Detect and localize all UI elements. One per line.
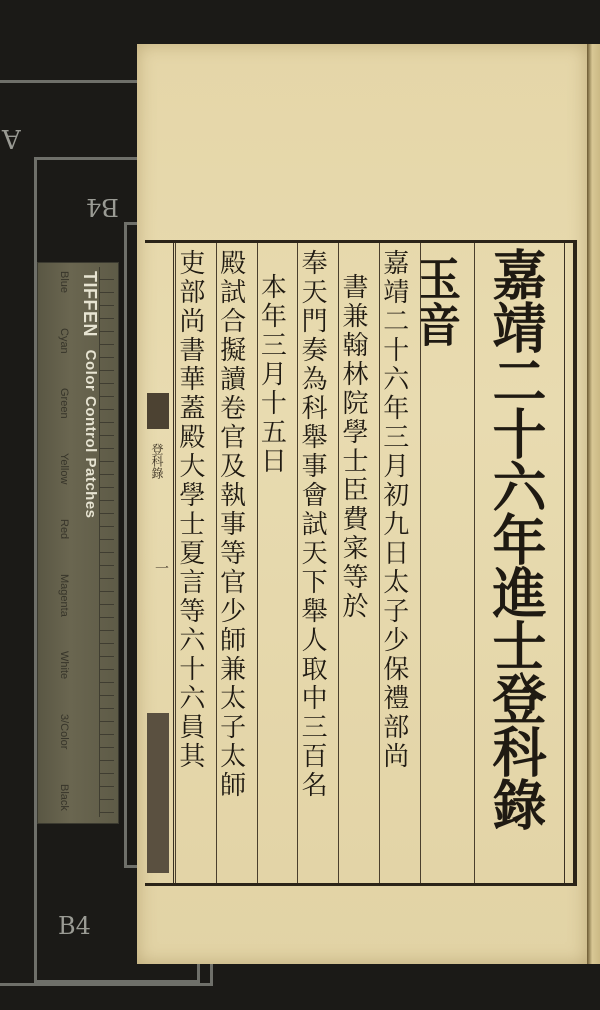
text-column: 本年三月十五日 xyxy=(257,243,298,883)
patch-label: Magenta xyxy=(50,574,70,617)
frame-right-border xyxy=(564,243,577,883)
patch-label: Green xyxy=(50,388,70,419)
fishtail-mark-bottom-icon xyxy=(147,713,169,873)
printed-frame: 登科錄 一 嘉靖二十六年進士登科錄 玉音 嘉靖二十六年三月初九日太子少保禮部尚 … xyxy=(145,240,577,886)
ruler-scale xyxy=(99,267,114,817)
text-column: 書兼翰林院學士臣費寀等於 xyxy=(338,243,379,883)
text-column: 奉天門奏為科舉事會試天下舉人取中三百名 xyxy=(297,243,338,883)
fishtail-mark-icon xyxy=(147,393,169,429)
patch-label: Blue xyxy=(50,271,70,293)
patch-label: White xyxy=(50,651,70,679)
color-control-strip: Blue Cyan Green Yellow Red Magenta White… xyxy=(38,263,118,823)
patch-label: Cyan xyxy=(50,328,70,354)
patch-label: Red xyxy=(50,519,70,539)
patch-label: Black xyxy=(50,784,70,811)
leaf-number: 一 xyxy=(151,561,171,575)
board-label-b4-bottom: B4 xyxy=(58,912,91,940)
strip-caption: Color Control Patches xyxy=(82,350,99,519)
patch-labels: Blue Cyan Green Yellow Red Magenta White… xyxy=(50,271,70,811)
fold-title: 登科錄 xyxy=(149,443,166,479)
text-columns: 嘉靖二十六年進士登科錄 玉音 嘉靖二十六年三月初九日太子少保禮部尚 書兼翰林院學… xyxy=(175,243,565,883)
next-page-edge xyxy=(587,44,600,964)
strip-title: TIFFEN Color Control Patches xyxy=(80,271,100,811)
text-column: 吏部尚書華蓋殿大學士夏言等六十六員其 xyxy=(175,243,216,883)
book-page: 登科錄 一 嘉靖二十六年進士登科錄 玉音 嘉靖二十六年三月初九日太子少保禮部尚 … xyxy=(137,44,587,964)
text-column: 嘉靖二十六年三月初九日太子少保禮部尚 xyxy=(379,243,420,883)
fold-center-column: 登科錄 一 xyxy=(145,243,174,883)
tiffen-logo: TIFFEN xyxy=(80,271,100,337)
subtitle-column: 玉音 xyxy=(420,243,474,883)
patch-label: 3/Color xyxy=(50,714,70,749)
book-title-column: 嘉靖二十六年進士登科錄 xyxy=(474,243,565,883)
board-label-a: A xyxy=(2,123,21,153)
text-column: 殿試合擬讀卷官及執事等官少師兼太子太師 xyxy=(216,243,257,883)
board-label-b4-top: B4 xyxy=(86,193,119,221)
patch-label: Yellow xyxy=(50,453,70,484)
